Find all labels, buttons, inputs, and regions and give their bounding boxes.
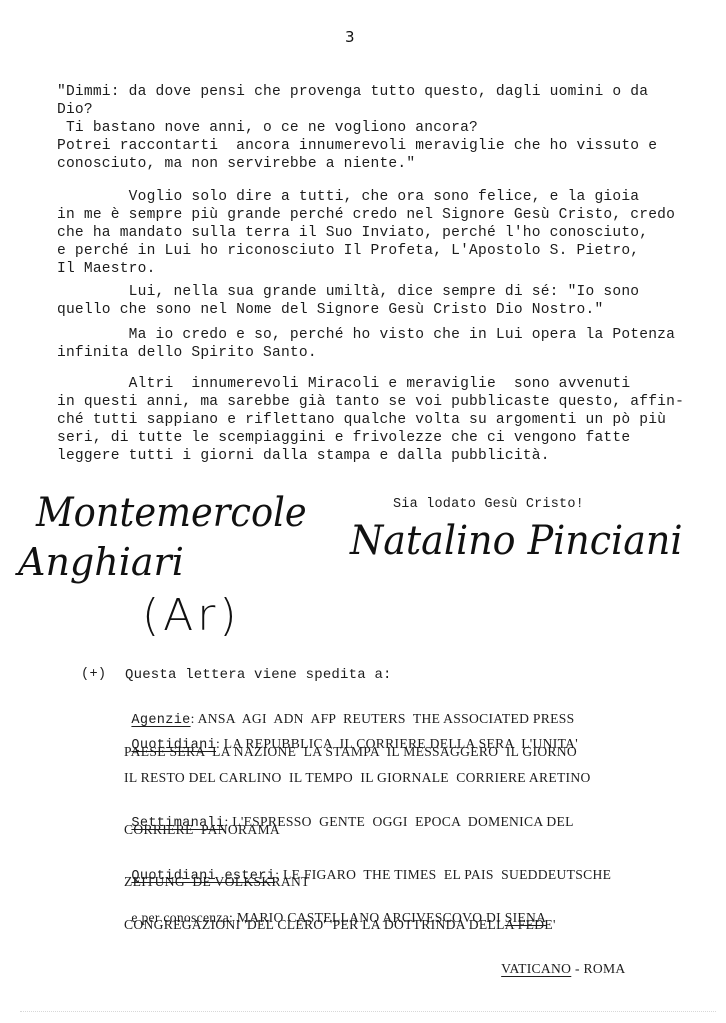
paragraph-line: Voglio solo dire a tutti, che ora sono f… xyxy=(57,188,639,206)
settimanali-continued: CORRIERE PANORAMA xyxy=(124,821,280,839)
handwritten-place-line: (Ar) xyxy=(142,590,241,641)
esteri-list: : LE FIGARO THE TIMES EL PAIS SUEDDEUTSC… xyxy=(275,867,611,882)
quote-line: "Dimmi: da dove pensi che provenga tutto… xyxy=(57,83,648,101)
paragraph-line: che ha mandato sulla terra il Suo Inviat… xyxy=(57,224,648,242)
quote-line: Dio? xyxy=(57,101,93,119)
paragraph-line: seri, di tutte le scempiaggini e frivole… xyxy=(57,429,630,447)
quote-line: conosciuto, ma non servirebbe a niente." xyxy=(57,155,415,173)
distribution-congregazioni: CONGREGAZIONI 'DEL CLERO' 'PER LA DOTTRI… xyxy=(124,916,556,934)
quote-line: Potrei raccontarti ancora innumerevoli m… xyxy=(57,137,657,155)
distribution-marker: (+) xyxy=(81,666,106,684)
vaticano: VATICANO xyxy=(501,961,571,976)
paragraph-line: Lui, nella sua grande umiltà, dice sempr… xyxy=(57,283,639,301)
paragraph-line: infinita dello Spirito Santo. xyxy=(57,344,317,362)
paragraph-line: Altri innumerevoli Miracoli e meraviglie… xyxy=(57,375,630,393)
distribution-vaticano: VATICANO - ROMA xyxy=(494,942,626,978)
paragraph-line: e perché in Lui ho riconosciuto Il Profe… xyxy=(57,242,639,260)
paragraph-line: quello che sono nel Nome del Signore Ges… xyxy=(57,301,603,319)
distribution-intro: Questa lettera viene spedita a: xyxy=(125,666,392,684)
page-number: 3 xyxy=(345,28,355,46)
scan-edge-noise xyxy=(20,1011,716,1013)
paragraph-line: leggere tutti i giorni dalla stampa e da… xyxy=(57,447,550,465)
handwritten-signature: Natalino Pinciani xyxy=(350,518,682,564)
paragraph-line: Il Maestro. xyxy=(57,260,156,278)
paragraph-line: in me è sempre più grande perché credo n… xyxy=(57,206,675,224)
roma: - ROMA xyxy=(571,961,625,976)
salutation: Sia lodato Gesù Cristo! xyxy=(393,496,584,514)
paragraph-line: ché tutti sappiano e riflettano qualche … xyxy=(57,411,666,429)
quote-line: Ti bastano nove anni, o ce ne vogliono a… xyxy=(57,119,478,137)
quotidiani-continued: IL RESTO DEL CARLINO IL TEMPO IL GIORNAL… xyxy=(124,769,591,787)
esteri-continued: ZEITUNG DE VOLKSKRANT xyxy=(124,873,310,891)
quotidiani-continued: PAESE SERA LA NAZIONE LA STAMPA IL MESSA… xyxy=(124,743,577,761)
paragraph-line: Ma io credo e so, perché ho visto che in… xyxy=(57,326,675,344)
handwritten-place-line: Anghiari xyxy=(18,540,184,584)
paragraph-line: in questi anni, ma sarebbe già tanto se … xyxy=(57,393,684,411)
handwritten-place-line: Montemercole xyxy=(36,490,307,536)
